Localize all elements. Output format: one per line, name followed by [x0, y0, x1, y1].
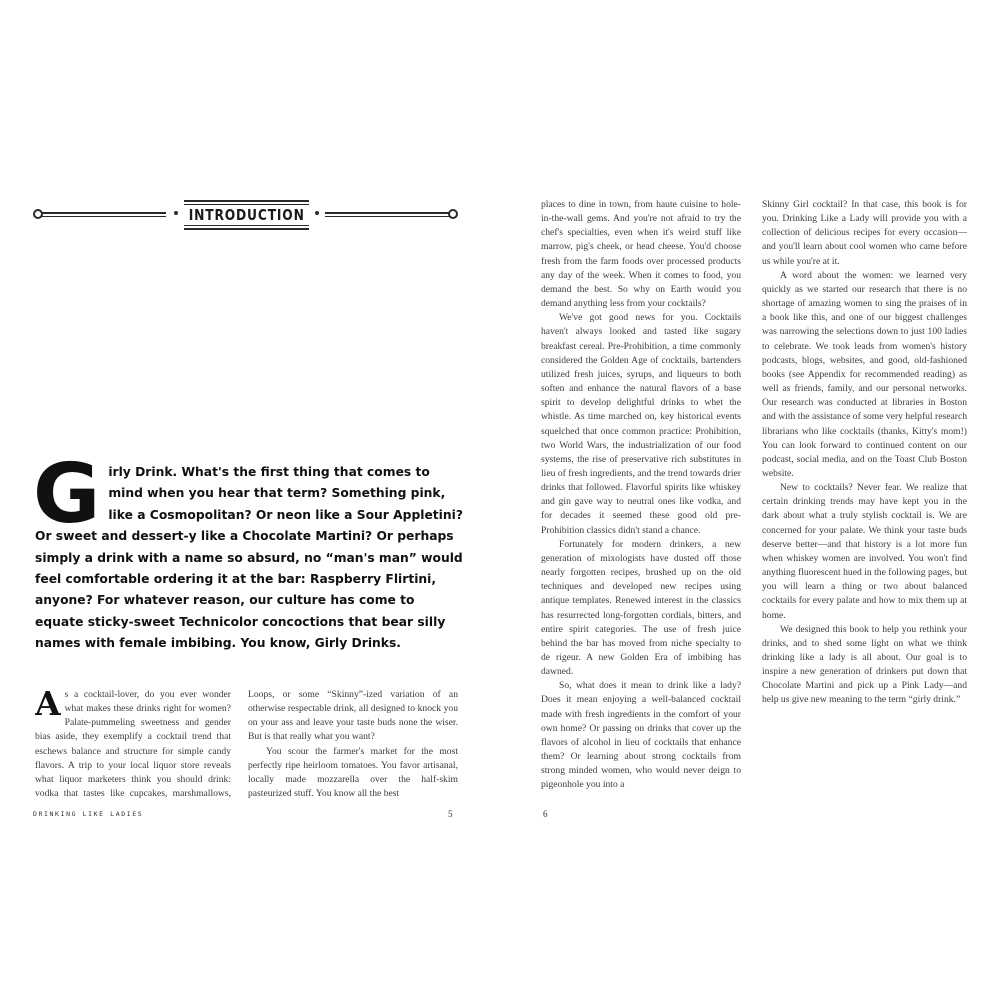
drop-cap: A: [35, 690, 61, 718]
decorative-rule-left: [41, 212, 166, 217]
body-column-2: Loops, or some “Skinny”-ized variation o…: [248, 688, 458, 800]
chapter-heading-ornament: INTRODUCTION: [33, 200, 458, 230]
body-paragraph: New to cocktails? Never fear. We realize…: [762, 481, 967, 623]
body-paragraph: places to dine in town, from haute cuisi…: [541, 198, 741, 311]
body-column-4: Skinny Girl cocktail? In that case, this…: [762, 198, 967, 738]
body-paragraph: Skinny Girl cocktail? In that case, this…: [762, 198, 967, 269]
body-column-1: As a cocktail-lover, do you ever wonder …: [35, 688, 231, 800]
body-paragraph: Loops, or some “Skinny”-ized variation o…: [248, 688, 458, 745]
scroll-ornament-right-icon: [448, 209, 458, 219]
body-paragraph: We've got good news for you. Cocktails h…: [541, 311, 741, 538]
body-paragraph: As a cocktail-lover, do you ever wonder …: [35, 688, 231, 800]
body-column-3: places to dine in town, from haute cuisi…: [541, 198, 741, 804]
decorative-rule-right: [325, 212, 450, 217]
bullet-dot-icon: [315, 211, 319, 215]
chapter-title-box: INTRODUCTION: [184, 200, 309, 230]
running-head: DRINKING LIKE LADIES: [33, 810, 143, 818]
body-paragraph: A word about the women: we learned very …: [762, 269, 967, 481]
body-paragraph: You scour the farmer's market for the mo…: [248, 745, 458, 800]
drop-cap: G: [33, 464, 100, 526]
page-number: 6: [543, 809, 548, 819]
body-paragraph: Fortunately for modern drinkers, a new g…: [541, 538, 741, 680]
chapter-title: INTRODUCTION: [189, 206, 305, 224]
left-page: INTRODUCTION Girly Drink. What's the fir…: [0, 0, 500, 1000]
body-paragraph: We designed this book to help you rethin…: [762, 623, 967, 708]
intro-paragraph: Girly Drink. What's the first thing that…: [35, 462, 465, 655]
page-number: 5: [448, 809, 453, 819]
body-paragraph: So, what does it mean to drink like a la…: [541, 679, 741, 792]
bullet-dot-icon: [174, 211, 178, 215]
